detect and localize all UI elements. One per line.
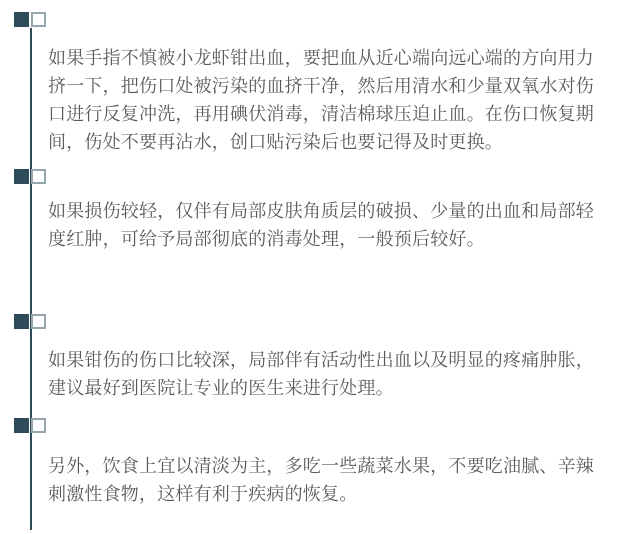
- outlined-square-icon: [31, 169, 46, 184]
- bullet-marker-1: [14, 12, 46, 27]
- filled-square-icon: [14, 314, 29, 329]
- filled-square-icon: [14, 12, 29, 27]
- outlined-square-icon: [31, 314, 46, 329]
- timeline-line: [30, 28, 32, 530]
- outlined-square-icon: [31, 12, 46, 27]
- paragraph-2: 如果损伤较轻，仅伴有局部皮肤角质层的破损、少量的出血和局部轻度红肿，可给予局部彻…: [48, 198, 599, 254]
- paragraph-1: 如果手指不慎被小龙虾钳出血，要把血从近心端向远心端的方向用力挤一下，把伤口处被污…: [48, 45, 599, 157]
- paragraph-3: 如果钳伤的伤口比较深，局部伴有活动性出血以及明显的疼痛肿胀，建议最好到医院让专业…: [48, 347, 599, 403]
- bullet-marker-4: [14, 418, 46, 433]
- paragraph-4: 另外，饮食上宜以清淡为主，多吃一些蔬菜水果，不要吃油腻、辛辣刺激性食物，这样有利…: [48, 453, 599, 509]
- bullet-marker-2: [14, 169, 46, 184]
- filled-square-icon: [14, 418, 29, 433]
- article-canvas: 如果手指不慎被小龙虾钳出血，要把血从近心端向远心端的方向用力挤一下，把伤口处被污…: [0, 0, 619, 534]
- bullet-marker-3: [14, 314, 46, 329]
- filled-square-icon: [14, 169, 29, 184]
- outlined-square-icon: [31, 418, 46, 433]
